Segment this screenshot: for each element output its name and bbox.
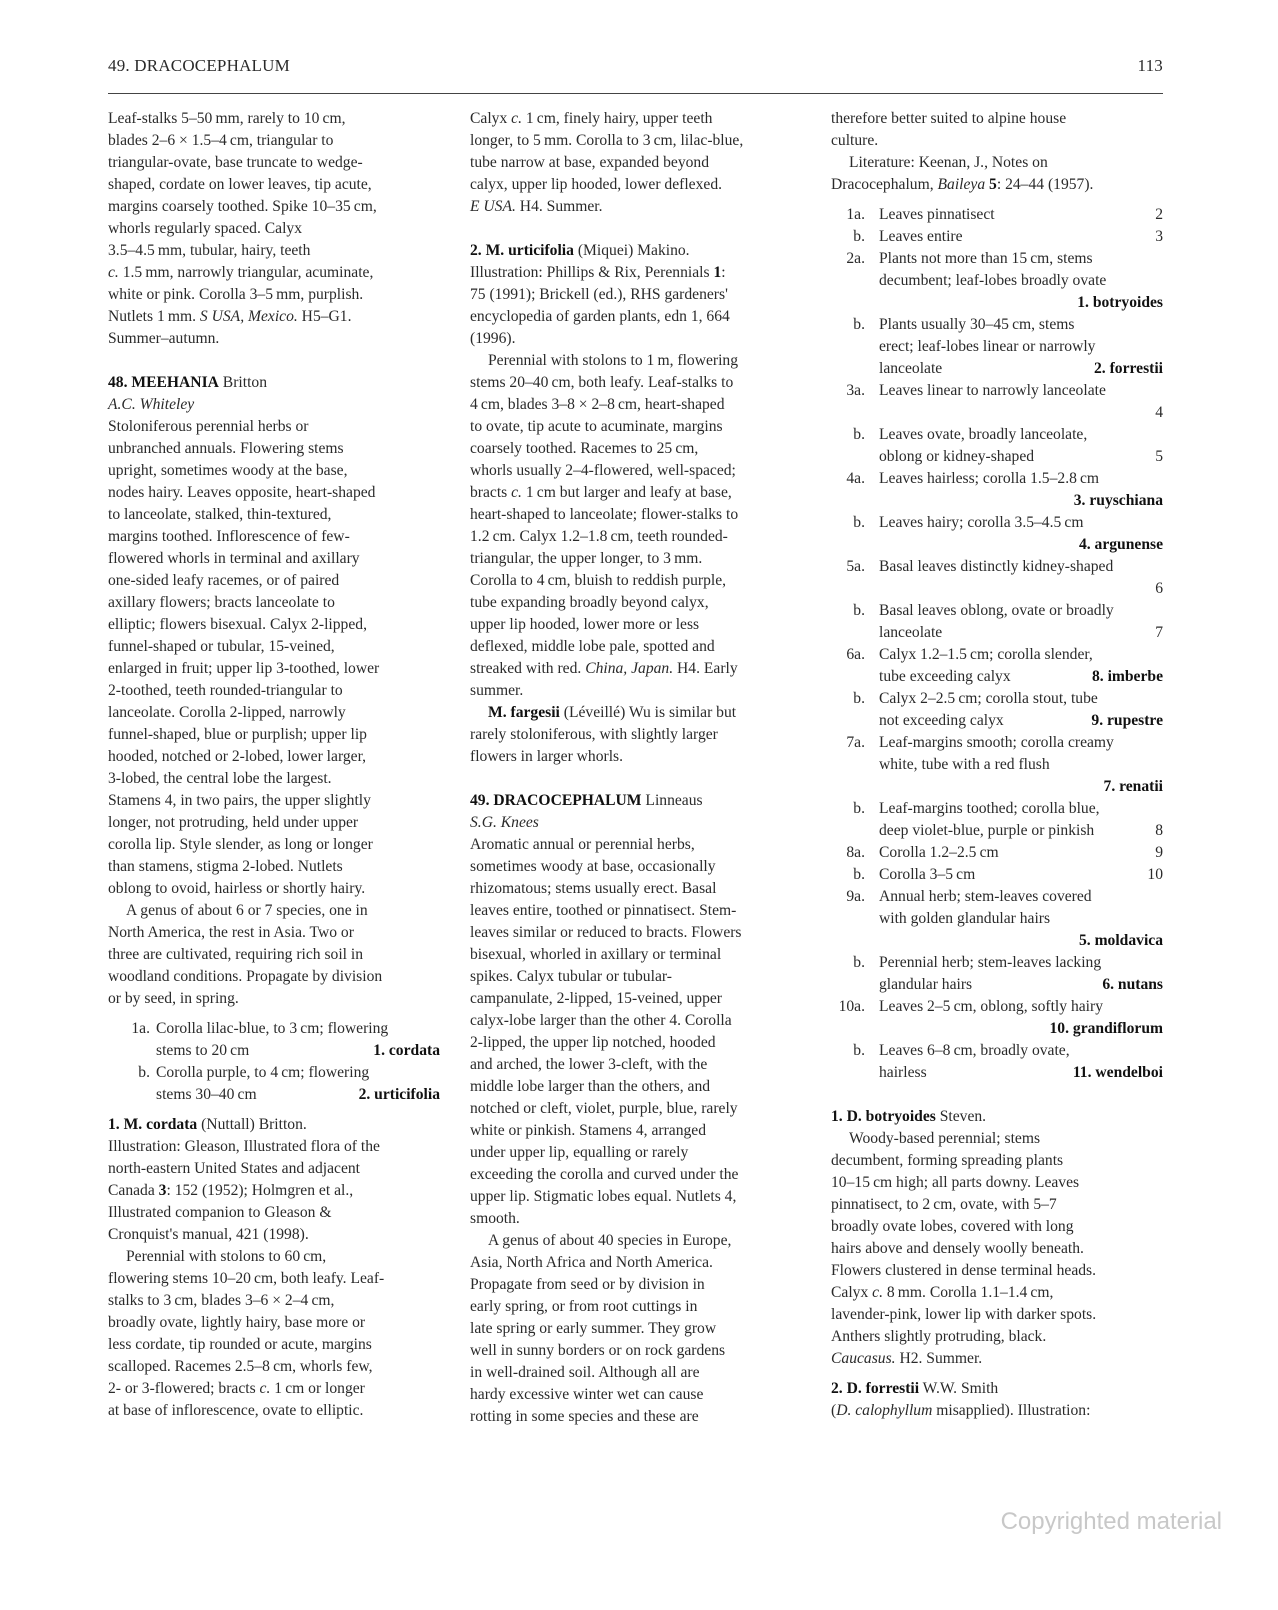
text-line: decumbent, forming spreading plants [831, 1150, 1163, 1172]
volume-number: 5 [985, 176, 997, 193]
key-lead: 7a.Leaf-margins smooth; corolla creamy [831, 732, 1163, 754]
key-text: Leaves hairless; corolla 1.5–2.8 cm [879, 468, 1099, 490]
key-result: 2. urticifolia [359, 1084, 440, 1106]
text-line: deflexed, middle lobe pale, spotted and [470, 636, 803, 658]
key-lead-number: 10 [1147, 864, 1163, 886]
text-line: middle lobe larger than the others, and [470, 1076, 803, 1098]
text-line: bracts c. 1 cm but larger and leafy at b… [470, 482, 803, 504]
text-line: smooth. [470, 1208, 803, 1230]
genus-49-dracocephalum: 49. DRACOCEPHALUM Linneaus S.G. Knees Ar… [470, 790, 803, 1428]
key-text: Basal leaves oblong, ovate or broadly [879, 600, 1114, 622]
key-lead: b.Leaves entire3 [831, 226, 1163, 248]
key-lead: b.Leaves 6–8 cm, broadly ovate, [831, 1040, 1163, 1062]
text-line: nodes hairy. Leaves opposite, heart-shap… [108, 482, 440, 504]
text-line: 2- or 3-flowered; bracts c. 1 cm or long… [108, 1378, 440, 1400]
key-lead-number: 6 [1155, 578, 1163, 600]
text-line: flowering stems 10–20 cm, both leafy. Le… [108, 1268, 440, 1290]
text-line: Perennial with stolons to 60 cm, [108, 1246, 440, 1268]
key-text: Leaf-margins toothed; corolla blue, [879, 798, 1100, 820]
text-line: Corolla to 4 cm, bluish to reddish purpl… [470, 570, 803, 592]
key-text: Leaves pinnatisect [879, 204, 995, 226]
text-fragment: 1.5 mm, narrowly triangular, acuminate, [119, 264, 374, 281]
key-number: b. [831, 226, 865, 248]
text-line: in well-drained soil. Although all are [470, 1362, 803, 1384]
text-line: Canada 3: 152 (1952); Holmgren et al., [108, 1180, 440, 1202]
key-result: 4. argunense [1079, 534, 1163, 556]
text-line: corolla lip. Style slender, as long or l… [108, 834, 440, 856]
text-line: therefore better suited to alpine house [831, 108, 1163, 130]
key-number: 10a. [831, 996, 865, 1018]
key-text: Leaves entire [879, 226, 963, 248]
key-number: 2a. [831, 248, 865, 270]
key-lead: b.Corolla 3–5 cm10 [831, 864, 1163, 886]
circa-abbrev: c. [511, 484, 522, 501]
page-header: 49. DRACOCEPHALUM 113 [108, 56, 1163, 82]
synonym-name: D. calophyllum [836, 1402, 932, 1419]
text-line: 2-lipped, the upper lip notched, hooded [470, 1032, 803, 1054]
text-line: calyx, upper lip hooded, lower deflexed. [470, 174, 803, 196]
key-text: Corolla 1.2–2.5 cm [879, 842, 999, 864]
text-fragment: : 24–44 (1957). [997, 176, 1094, 193]
key-result: 1. botryoides [1077, 292, 1163, 314]
text-line: Perennial with stolons to 1 m, flowering [470, 350, 803, 372]
text-line: rhizomatous; stems usually erect. Basal [470, 878, 803, 900]
species-heading: 2. D. forrestii W.W. Smith [831, 1378, 1163, 1400]
species-author: (Nuttall) Britton. [197, 1116, 307, 1133]
distribution: Caucasus. [831, 1350, 896, 1367]
key-lead-number: 5 [1155, 446, 1163, 468]
key-number: b. [831, 688, 865, 710]
text-line: funnel-shaped, blue or purplish; upper l… [108, 724, 440, 746]
text-fragment: (Léveillé) Wu is similar but [560, 704, 736, 721]
literature-reference: Literature: Keenan, J., Notes on [831, 152, 1163, 174]
text-line: than stamens, stigma 2-lobed. Nutlets [108, 856, 440, 878]
text-line: unbranched annuals. Flowering stems [108, 438, 440, 460]
hardiness: H2. Summer. [896, 1350, 983, 1367]
text-line: north-eastern United States and adjacent [108, 1158, 440, 1180]
key-text: glandular hairs [879, 974, 972, 996]
key-text: Leaves 2–5 cm, oblong, softly hairy [879, 996, 1103, 1018]
key-number: 9a. [831, 886, 865, 908]
hardiness: H4. Summer. [516, 198, 603, 215]
key-text: oblong or kidney-shaped [879, 446, 1034, 468]
key-lead: 3a.Leaves linear to narrowly lanceolate [831, 380, 1163, 402]
key-text: with golden glandular hairs [879, 908, 1050, 930]
text-line: exceeding the corolla and curved under t… [470, 1164, 803, 1186]
key-lead: b.Leaf-margins toothed; corolla blue, [831, 798, 1163, 820]
text-line: stalks to 3 cm, blades 3–6 × 2–4 cm, [108, 1290, 440, 1312]
distribution-line: Caucasus. H2. Summer. [831, 1348, 1163, 1370]
text-line: Illustration: Gleason, Illustrated flora… [108, 1136, 440, 1158]
key-result: 7. renatii [1104, 776, 1163, 798]
species-author: Steven. [936, 1108, 986, 1125]
text-line: hardy excessive winter wet can cause [470, 1384, 803, 1406]
text-line: white or pink. Corolla 3–5 mm, purplish. [108, 284, 440, 306]
text-line: rarely stoloniferous, with slightly larg… [470, 724, 803, 746]
text-line: tube narrow at base, expanded beyond [470, 152, 803, 174]
text-fragment: misapplied). Illustration: [932, 1402, 1090, 1419]
key-result: 2. forrestii [1094, 358, 1163, 380]
text-line: woodland conditions. Propagate by divisi… [108, 966, 440, 988]
text-line: upper lip hooded, lower more or less [470, 614, 803, 636]
continued-description: Leaf-stalks 5–50 mm, rarely to 10 cm, bl… [108, 108, 440, 350]
key-number: 6a. [831, 644, 865, 666]
genus-heading: 49. DRACOCEPHALUM Linneaus [470, 790, 803, 812]
text-line: hooded, notched or 2-lobed, lower larger… [108, 746, 440, 768]
column-1: Leaf-stalks 5–50 mm, rarely to 10 cm, bl… [108, 108, 440, 1422]
text-line: broadly ovate, lightly hairy, base more … [108, 1312, 440, 1334]
flowering-season: Summer–autumn. [108, 328, 440, 350]
page-number: 113 [1138, 56, 1163, 76]
text-line: Calyx c. 1 cm, finely hairy, upper teeth [470, 108, 803, 130]
key-number: b. [831, 600, 865, 622]
key-text: Leaves hairy; corolla 3.5–4.5 cm [879, 512, 1083, 534]
species-m-cordata: 1. M. cordata (Nuttall) Britton. Illustr… [108, 1114, 440, 1422]
column-2: Calyx c. 1 cm, finely hairy, upper teeth… [470, 108, 803, 1428]
text-line: 3.5–4.5 mm, tubular, hairy, teeth [108, 240, 440, 262]
species-heading: 1. M. cordata (Nuttall) Britton. [108, 1114, 440, 1136]
text-line: shaped, cordate on lower leaves, tip acu… [108, 174, 440, 196]
text-line: sometimes woody at base, occasionally [470, 856, 803, 878]
key-text: white, tube with a red flush [879, 754, 1050, 776]
species-name: 2. M. urticifolia [470, 242, 574, 259]
key-text: not exceeding calyx [879, 710, 1004, 732]
hardiness: H5–G1. [298, 308, 352, 325]
text-line: white or pinkish. Stamens 4, arranged [470, 1120, 803, 1142]
key-text: Corolla purple, to 4 cm; flowering [156, 1062, 369, 1084]
key-text: lanceolate [879, 622, 942, 644]
key-text: lanceolate [879, 358, 942, 380]
text-fragment: 1 cm, finely hairy, upper teeth [522, 110, 712, 127]
text-line: Calyx c. 8 mm. Corolla 1.1–1.4 cm, [831, 1282, 1163, 1304]
text-fragment: Illustration: Phillips & Rix, Perennials [470, 264, 713, 281]
key-text: Leaves ovate, broadly lanceolate, [879, 424, 1087, 446]
key-text: hairless [879, 1062, 927, 1084]
text-line: triangular-ovate, base truncate to wedge… [108, 152, 440, 174]
species-name: 1. M. cordata [108, 1116, 197, 1133]
species-d-forrestii: 2. D. forrestii W.W. Smith (D. calophyll… [831, 1378, 1163, 1422]
text-line: at base of inflorescence, ovate to ellip… [108, 1400, 440, 1422]
text-line: Aromatic annual or perennial herbs, [470, 834, 803, 856]
key-number: b. [831, 1040, 865, 1062]
key-lead-number: 3 [1155, 226, 1163, 248]
text-line: and arched, the lower 3-cleft, with the [470, 1054, 803, 1076]
species-d-botryoides: 1. D. botryoides Steven. Woody-based per… [831, 1106, 1163, 1370]
key-text: Calyx 1.2–1.5 cm; corolla slender, [879, 644, 1093, 666]
text-line: flowers in larger whorls. [470, 746, 803, 768]
text-fragment: 1 cm but larger and leafy at base, [522, 484, 732, 501]
circa-abbrev: c. [108, 264, 119, 281]
text-line: spikes. Calyx tubular or tubular- [470, 966, 803, 988]
text-line: notched or cleft, violet, purple, blue, … [470, 1098, 803, 1120]
text-line: c. 1.5 mm, narrowly triangular, acuminat… [108, 262, 440, 284]
key-text: Leaves 6–8 cm, broadly ovate, [879, 1040, 1070, 1062]
text-line: Propagate from seed or by division in [470, 1274, 803, 1296]
text-fragment: 8 mm. Corolla 1.1–1.4 cm, [883, 1284, 1053, 1301]
key-text: Annual herb; stem-leaves covered [879, 886, 1092, 908]
text-line: 4 cm, blades 3–8 × 2–8 cm, heart-shaped [470, 394, 803, 416]
text-line: pinnatisect, to 2 cm, ovate, with 5–7 [831, 1194, 1163, 1216]
text-line: well in sunny borders or on rock gardens [470, 1340, 803, 1362]
text-line: to ovate, tip acute to acuminate, margin… [470, 416, 803, 438]
text-line: leaves entire, toothed or pinnatisect. S… [470, 900, 803, 922]
key-lead: 10a.Leaves 2–5 cm, oblong, softly hairy [831, 996, 1163, 1018]
key-text: Plants usually 30–45 cm, stems [879, 314, 1074, 336]
text-line: margins coarsely toothed. Spike 10–35 cm… [108, 196, 440, 218]
text-line: scalloped. Racemes 2.5–8 cm, whorls few, [108, 1356, 440, 1378]
key-result: 5. moldavica [1079, 930, 1163, 952]
key-lead: b.Perennial herb; stem-leaves lacking [831, 952, 1163, 974]
text-line: less cordate, tip rounded or acute, marg… [108, 1334, 440, 1356]
key-number: b. [831, 314, 865, 336]
text-line: 75 (1991); Brickell (ed.), RHS gardeners… [470, 284, 803, 306]
key-number: 1a. [116, 1018, 150, 1040]
key-text: tube exceeding calyx [879, 666, 1011, 688]
related-species-note: M. fargesii (Léveillé) Wu is similar but [470, 702, 803, 724]
distribution-line: streaked with red. China, Japan. H4. Ear… [470, 658, 803, 680]
text-line: Leaf-stalks 5–50 mm, rarely to 10 cm, [108, 108, 440, 130]
text-line: 2-toothed, teeth rounded-triangular to [108, 680, 440, 702]
text-line: three are cultivated, requiring rich soi… [108, 944, 440, 966]
text-line: or by seed, in spring. [108, 988, 440, 1010]
key-result: 9. rupestre [1091, 710, 1163, 732]
contributor: A.C. Whiteley [108, 396, 194, 413]
identification-key: 1a.Leaves pinnatisect2 b.Leaves entire3 … [831, 204, 1163, 1084]
key-text: Corolla 3–5 cm [879, 864, 975, 886]
column-3: therefore better suited to alpine house … [831, 108, 1163, 1422]
text-line: 3-lobed, the central lobe the largest. [108, 768, 440, 790]
text-line: oblong to ovoid, hairless or shortly hai… [108, 878, 440, 900]
key-text: Plants not more than 15 cm, stems [879, 248, 1093, 270]
genus-heading: 48. MEEHANIA Britton [108, 372, 440, 394]
text-line: under upper lip, equalling or rarely [470, 1142, 803, 1164]
key-lead: b.Leaves ovate, broadly lanceolate, [831, 424, 1163, 446]
key-lead: b.Plants usually 30–45 cm, stems [831, 314, 1163, 336]
text-line: late spring or early summer. They grow [470, 1318, 803, 1340]
text-fragment: : [721, 264, 725, 281]
identification-key: 1a.Corolla lilac-blue, to 3 cm; flowerin… [108, 1018, 440, 1106]
key-lead-number: 4 [1155, 402, 1163, 424]
text-line: enlarged in fruit; upper lip 3-toothed, … [108, 658, 440, 680]
key-text: Calyx 2–2.5 cm; corolla stout, tube [879, 688, 1098, 710]
key-number: b. [831, 424, 865, 446]
text-line: Stoloniferous perennial herbs or [108, 416, 440, 438]
text-line: lavender-pink, lower lip with darker spo… [831, 1304, 1163, 1326]
species-author: (Miquei) Makino. [574, 242, 690, 259]
key-lead: b.Basal leaves oblong, ovate or broadly [831, 600, 1163, 622]
key-lead: 1a.Leaves pinnatisect2 [831, 204, 1163, 226]
key-number: 5a. [831, 556, 865, 578]
key-lead: 8a.Corolla 1.2–2.5 cm9 [831, 842, 1163, 864]
key-result: 10. grandiflorum [1050, 1018, 1164, 1040]
contributor: S.G. Knees [470, 814, 539, 831]
text-line: Illustrated companion to Gleason & [108, 1202, 440, 1224]
text-line: stems 20–40 cm, both leafy. Leaf-stalks … [470, 372, 803, 394]
text-line: lanceolate. Corolla 2-lipped, narrowly [108, 702, 440, 724]
key-couplet: b.Corolla purple, to 4 cm; flowering ste… [108, 1062, 440, 1106]
text-line: 10–15 cm high; all parts downy. Leaves [831, 1172, 1163, 1194]
species-heading: 1. D. botryoides Steven. [831, 1106, 1163, 1128]
key-text: stems to 20 cm [156, 1040, 249, 1062]
distribution-line: Nutlets 1 mm. S USA, Mexico. H5–G1. [108, 306, 440, 328]
key-text: Corolla lilac-blue, to 3 cm; flowering [156, 1018, 388, 1040]
species-name: 1. D. botryoides [831, 1108, 936, 1125]
hardiness: H4. Early [673, 660, 738, 677]
distribution: E USA. [470, 198, 516, 215]
genus-48-meehania: 48. MEEHANIA Britton A.C. Whiteley Stolo… [108, 372, 440, 1422]
key-couplet: 1a.Corolla lilac-blue, to 3 cm; flowerin… [108, 1018, 440, 1062]
distribution: S USA, Mexico. [200, 308, 298, 325]
text-line: A genus of about 6 or 7 species, one in [108, 900, 440, 922]
key-number: b. [831, 512, 865, 534]
species-name: 2. D. forrestii [831, 1380, 919, 1397]
key-number: 4a. [831, 468, 865, 490]
distribution-line: E USA. H4. Summer. [470, 196, 803, 218]
text-line: campanulate, 2-lipped, 15-veined, upper [470, 988, 803, 1010]
text-line: 1.2 cm. Calyx 1.2–1.8 cm, teeth rounded- [470, 526, 803, 548]
key-text: stems 30–40 cm [156, 1084, 257, 1106]
key-number: b. [831, 952, 865, 974]
circa-abbrev: c. [511, 110, 522, 127]
text-fragment: Nutlets 1 mm. [108, 308, 200, 325]
text-fragment: streaked with red. [470, 660, 585, 677]
species-m-urticifolia: 2. M. urticifolia (Miquei) Makino. Illus… [470, 240, 803, 768]
key-lead-number: 9 [1155, 842, 1163, 864]
text-line: elliptic; flowers bisexual. Calyx 2-lipp… [108, 614, 440, 636]
text-line: heart-shaped to lanceolate; flower-stalk… [470, 504, 803, 526]
key-number: b. [831, 798, 865, 820]
text-line: summer. [470, 680, 803, 702]
text-line: whorls regularly spaced. Calyx [108, 218, 440, 240]
text-line: tube expanding broadly beyond calyx, [470, 592, 803, 614]
text-line: bisexual, whorled in axillary or termina… [470, 944, 803, 966]
text-line: longer, to 5 mm. Corolla to 3 cm, lilac-… [470, 130, 803, 152]
key-text: decumbent; leaf-lobes broadly ovate [879, 270, 1106, 292]
key-result: 11. wendelboi [1073, 1062, 1163, 1084]
text-line: calyx-lobe larger than the other 4. Coro… [470, 1010, 803, 1032]
text-line: funnel-shaped or tubular, 15-veined, [108, 636, 440, 658]
text-line: Woody-based perennial; stems [831, 1128, 1163, 1150]
text-line: triangular, the upper longer, to 3 mm. [470, 548, 803, 570]
key-number: 1a. [831, 204, 865, 226]
key-lead: 5a.Basal leaves distinctly kidney-shaped [831, 556, 1163, 578]
text-line: Cronquist's manual, 421 (1998). [108, 1224, 440, 1246]
text-line: axillary flowers; bracts lanceolate to [108, 592, 440, 614]
circa-abbrev: c. [872, 1284, 883, 1301]
key-number: 8a. [831, 842, 865, 864]
key-text: deep violet-blue, purple or pinkish [879, 820, 1094, 842]
key-text: erect; leaf-lobes linear or narrowly [879, 336, 1095, 358]
key-text: Leaf-margins smooth; corolla creamy [879, 732, 1114, 754]
text-line: to lanceolate, stalked, thin-textured, [108, 504, 440, 526]
text-line: leaves similar or reduced to bracts. Flo… [470, 922, 803, 944]
text-fragment: 1 cm or longer [270, 1380, 365, 1397]
text-fragment: bracts [470, 484, 511, 501]
text-line: longer, not protruding, held under upper [108, 812, 440, 834]
key-number: 3a. [831, 380, 865, 402]
text-fragment: Calyx [470, 110, 511, 127]
species-author: W.W. Smith [919, 1380, 998, 1397]
text-line: broadly ovate lobes, covered with long [831, 1216, 1163, 1238]
text-line: upright, sometimes woody at the base, [108, 460, 440, 482]
key-lead-number: 7 [1155, 622, 1163, 644]
key-result: 1. cordata [373, 1040, 440, 1062]
key-number: b. [116, 1062, 150, 1084]
key-lead: b.Leaves hairy; corolla 3.5–4.5 cm [831, 512, 1163, 534]
text-fragment: Dracocephalum, [831, 176, 938, 193]
key-lead-number: 2 [1155, 204, 1163, 226]
text-line: encyclopedia of garden plants, edn 1, 66… [470, 306, 803, 328]
genus-author: Linneaus [642, 792, 703, 809]
text-line: Anthers slightly protruding, black. [831, 1326, 1163, 1348]
copyright-watermark: Copyrighted material [1001, 1508, 1222, 1536]
key-lead: 6a.Calyx 1.2–1.5 cm; corolla slender, [831, 644, 1163, 666]
key-lead: 9a.Annual herb; stem-leaves covered [831, 886, 1163, 908]
key-lead: 2a.Plants not more than 15 cm, stems [831, 248, 1163, 270]
key-result: 3. ruyschiana [1074, 490, 1163, 512]
text-line: rotting in some species and these are [470, 1406, 803, 1428]
key-text: Leaves linear to narrowly lanceolate [879, 380, 1106, 402]
text-fragment: : 152 (1952); Holmgren et al., [166, 1182, 353, 1199]
text-line: hairs above and densely woolly beneath. [831, 1238, 1163, 1260]
text-fragment: Canada [108, 1182, 159, 1199]
text-line: A genus of about 40 species in Europe, [470, 1230, 803, 1252]
text-line: culture. [831, 130, 1163, 152]
related-species-name: M. fargesii [488, 704, 560, 721]
journal-name: Baileya [938, 176, 986, 193]
key-number: 7a. [831, 732, 865, 754]
text-line: Stamens 4, in two pairs, the upper sligh… [108, 790, 440, 812]
key-text: Perennial herb; stem-leaves lacking [879, 952, 1101, 974]
key-number: b. [831, 864, 865, 886]
text-line: early spring, or from root cuttings in [470, 1296, 803, 1318]
text-line: blades 2–6 × 1.5–4 cm, triangular to [108, 130, 440, 152]
text-fragment: Calyx [831, 1284, 872, 1301]
text-line: whorls usually 2–4-flowered, well-spaced… [470, 460, 803, 482]
header-rule [108, 93, 1163, 94]
text-line: Flowers clustered in dense terminal head… [831, 1260, 1163, 1282]
text-line: Illustration: Phillips & Rix, Perennials… [470, 262, 803, 284]
literature-reference: Dracocephalum, Baileya 5: 24–44 (1957). [831, 174, 1163, 196]
text-line: (1996). [470, 328, 803, 350]
text-line: coarsely toothed. Racemes to 25 cm, [470, 438, 803, 460]
distribution: China, Japan. [585, 660, 673, 677]
key-result: 6. nutans [1102, 974, 1163, 996]
circa-abbrev: c. [260, 1380, 271, 1397]
genus-name: 48. MEEHANIA [108, 374, 219, 391]
text-line: North America, the rest in Asia. Two or [108, 922, 440, 944]
text-line: upper lip. Stigmatic lobes equal. Nutlet… [470, 1186, 803, 1208]
key-result: 8. imberbe [1092, 666, 1163, 688]
text-line: margins toothed. Inflorescence of few- [108, 526, 440, 548]
key-text: Basal leaves distinctly kidney-shaped [879, 556, 1113, 578]
text-fragment: 2- or 3-flowered; bracts [108, 1380, 260, 1397]
key-lead: b.Calyx 2–2.5 cm; corolla stout, tube [831, 688, 1163, 710]
running-title: 49. DRACOCEPHALUM [108, 56, 290, 76]
key-lead: 4a.Leaves hairless; corolla 1.5–2.8 cm [831, 468, 1163, 490]
text-line: one-sided leafy racemes, or of paired [108, 570, 440, 592]
text-line: flowered whorls in terminal and axillary [108, 548, 440, 570]
genus-author: Britton [219, 374, 267, 391]
synonym-line: (D. calophyllum misapplied). Illustratio… [831, 1400, 1163, 1422]
genus-name: 49. DRACOCEPHALUM [470, 792, 642, 809]
cordata-continued: Calyx c. 1 cm, finely hairy, upper teeth… [470, 108, 803, 218]
species-heading: 2. M. urticifolia (Miquei) Makino. [470, 240, 803, 262]
text-line: Asia, North Africa and North America. [470, 1252, 803, 1274]
key-lead-number: 8 [1155, 820, 1163, 842]
